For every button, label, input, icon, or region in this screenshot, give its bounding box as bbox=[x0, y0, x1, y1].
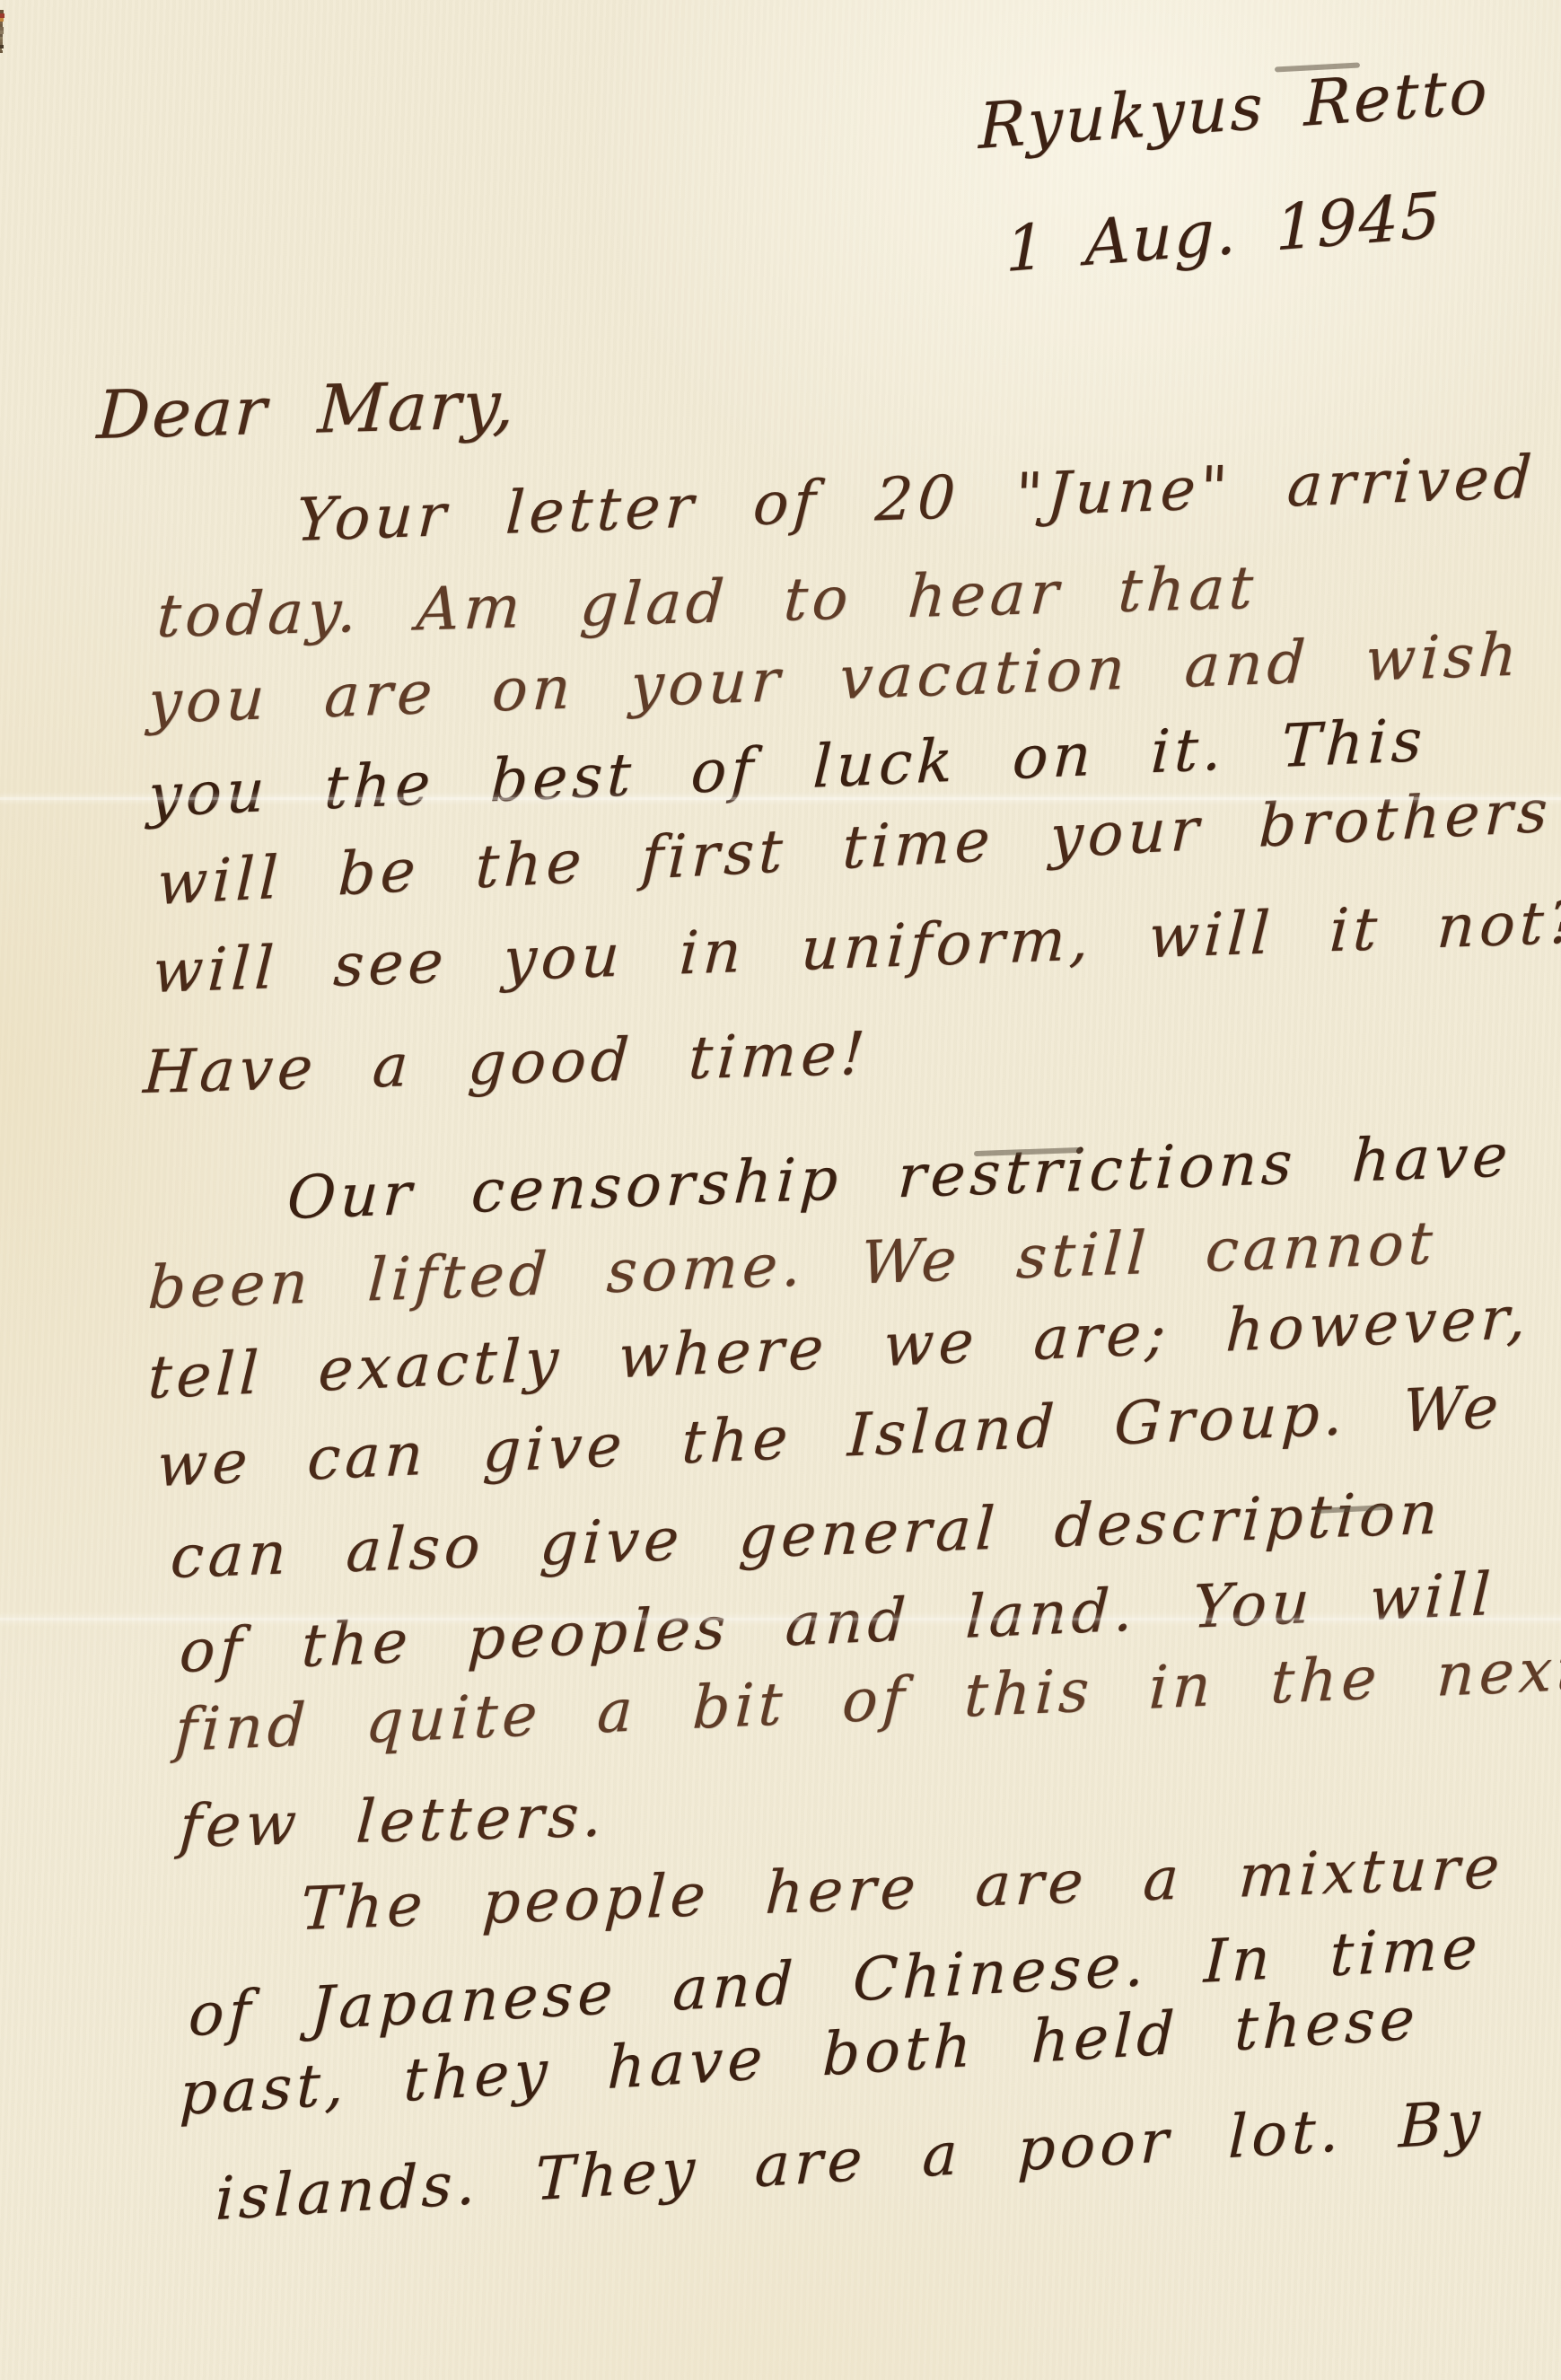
heading-date: 1 Aug. 1945 bbox=[1005, 183, 1443, 284]
crease-line bbox=[0, 797, 1561, 800]
letter-line: few letters. bbox=[178, 1784, 609, 1857]
heading-location: Ryukyus Retto bbox=[978, 58, 1489, 161]
paper-speck bbox=[0, 50, 3, 53]
letter-line: Have a good time! bbox=[142, 1023, 871, 1104]
salutation: Dear Mary, bbox=[95, 371, 517, 452]
letter-line: today. Am glad to hear that bbox=[155, 557, 1259, 648]
letter-line: Your letter of 20 "June" arrived bbox=[294, 446, 1538, 552]
retto-cross-ink-stroke bbox=[0, 0, 180, 13]
crease-line bbox=[0, 1618, 1561, 1620]
letter-page: { "page": { "kind": "scanned handwritten… bbox=[0, 0, 1561, 2380]
